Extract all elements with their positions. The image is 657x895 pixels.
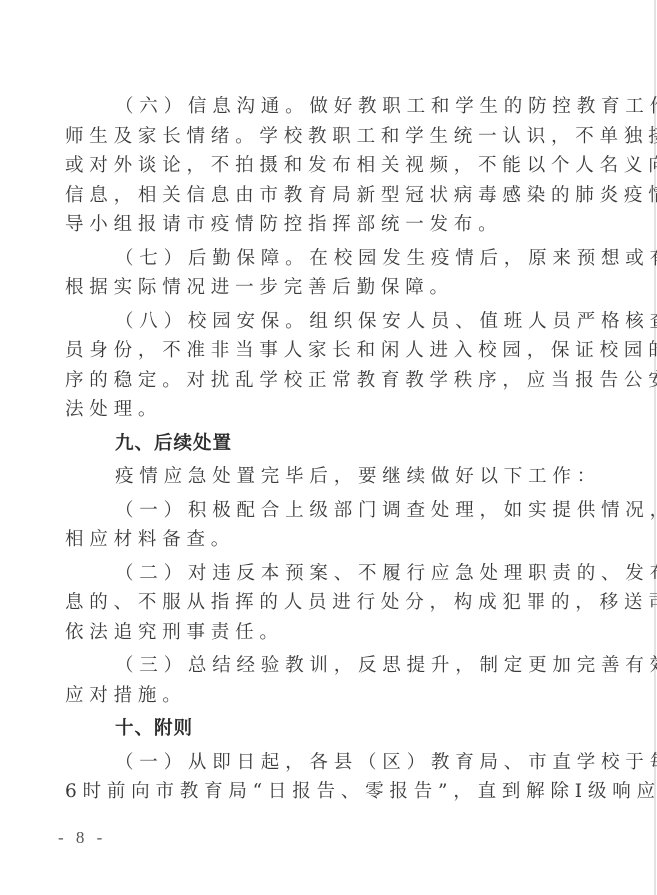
text-line: 法处理。	[65, 395, 570, 425]
text-line: 息的、不服从指挥的人员进行处分，构成犯罪的，移送司法机关	[65, 588, 570, 618]
text-line: 或对外谈论，不拍摄和发布相关视频，不能以个人名义向外提供	[65, 151, 570, 181]
paragraph-logistics: （七）后勤保障。在校园发生疫情后，原来预想或有不足， 根据实际情况进一步完善后勤…	[65, 244, 570, 303]
paragraph-penalties: （二）对违反本预案、不履行应急处理职责的、发布假消 息的、不服从指挥的人员进行处…	[65, 559, 570, 648]
text-line: 信息，相关信息由市教育局新型冠状病毒感染的肺炎疫情工作领	[65, 181, 570, 211]
document-page: （六）信息沟通。做好教职工和学生的防控教育工作，稳定 师生及家长情绪。学校教职工…	[65, 92, 570, 807]
text-line: 序的稳定。对扰乱学校正常教育教学秩序，应当报告公安机关依	[65, 366, 570, 396]
text-line: （一）积极配合上级部门调查处理，如实提供情况，准备好	[65, 496, 570, 526]
text-line: 6时前向市教育局“日报告、零报告”，直到解除Ⅰ级响应为止，	[65, 777, 570, 807]
paragraph-daily-report: （一）从即日起，各县（区）教育局、市直学校于每日下午 6时前向市教育局“日报告、…	[65, 748, 570, 807]
text-line: 导小组报请市疫情防控指挥部统一发布。	[65, 210, 570, 240]
section-heading-supplementary: 十、附则	[65, 714, 570, 744]
paragraph-lessons-learned: （三）总结经验教训，反思提升，制定更加完善有效的防范 应对措施。	[65, 651, 570, 710]
text-line: 应对措施。	[65, 681, 570, 711]
text-line: （六）信息沟通。做好教职工和学生的防控教育工作，稳定	[65, 92, 570, 122]
paragraph-cooperate-investigation: （一）积极配合上级部门调查处理，如实提供情况，准备好 相应材料备查。	[65, 496, 570, 555]
page-number: - 8 -	[58, 828, 106, 848]
section-heading-follow-up: 九、后续处置	[65, 429, 570, 459]
text-line: 员身份，不准非当事人家长和闲人进入校园，保证校园的治安秩	[65, 336, 570, 366]
text-line: （二）对违反本预案、不履行应急处理职责的、发布假消	[65, 559, 570, 589]
text-line: 师生及家长情绪。学校教职工和学生统一认识，不单独接受采访	[65, 122, 570, 152]
text-line: （一）从即日起，各县（区）教育局、市直学校于每日下午	[65, 748, 570, 778]
text-line: 根据实际情况进一步完善后勤保障。	[65, 273, 570, 303]
text-line: 相应材料备查。	[65, 525, 570, 555]
text-line: （七）后勤保障。在校园发生疫情后，原来预想或有不足，	[65, 244, 570, 274]
paragraph-info-communication: （六）信息沟通。做好教职工和学生的防控教育工作，稳定 师生及家长情绪。学校教职工…	[65, 92, 570, 240]
text-line: 疫情应急处置完毕后，要继续做好以下工作：	[65, 462, 570, 492]
text-line: （三）总结经验教训，反思提升，制定更加完善有效的防范	[65, 651, 570, 681]
text-line: 依法追究刑事责任。	[65, 618, 570, 648]
paragraph-campus-security: （八）校园安保。组织保安人员、值班人员严格核查外来人 员身份，不准非当事人家长和…	[65, 307, 570, 425]
text-line: （八）校园安保。组织保安人员、值班人员严格核查外来人	[65, 307, 570, 337]
